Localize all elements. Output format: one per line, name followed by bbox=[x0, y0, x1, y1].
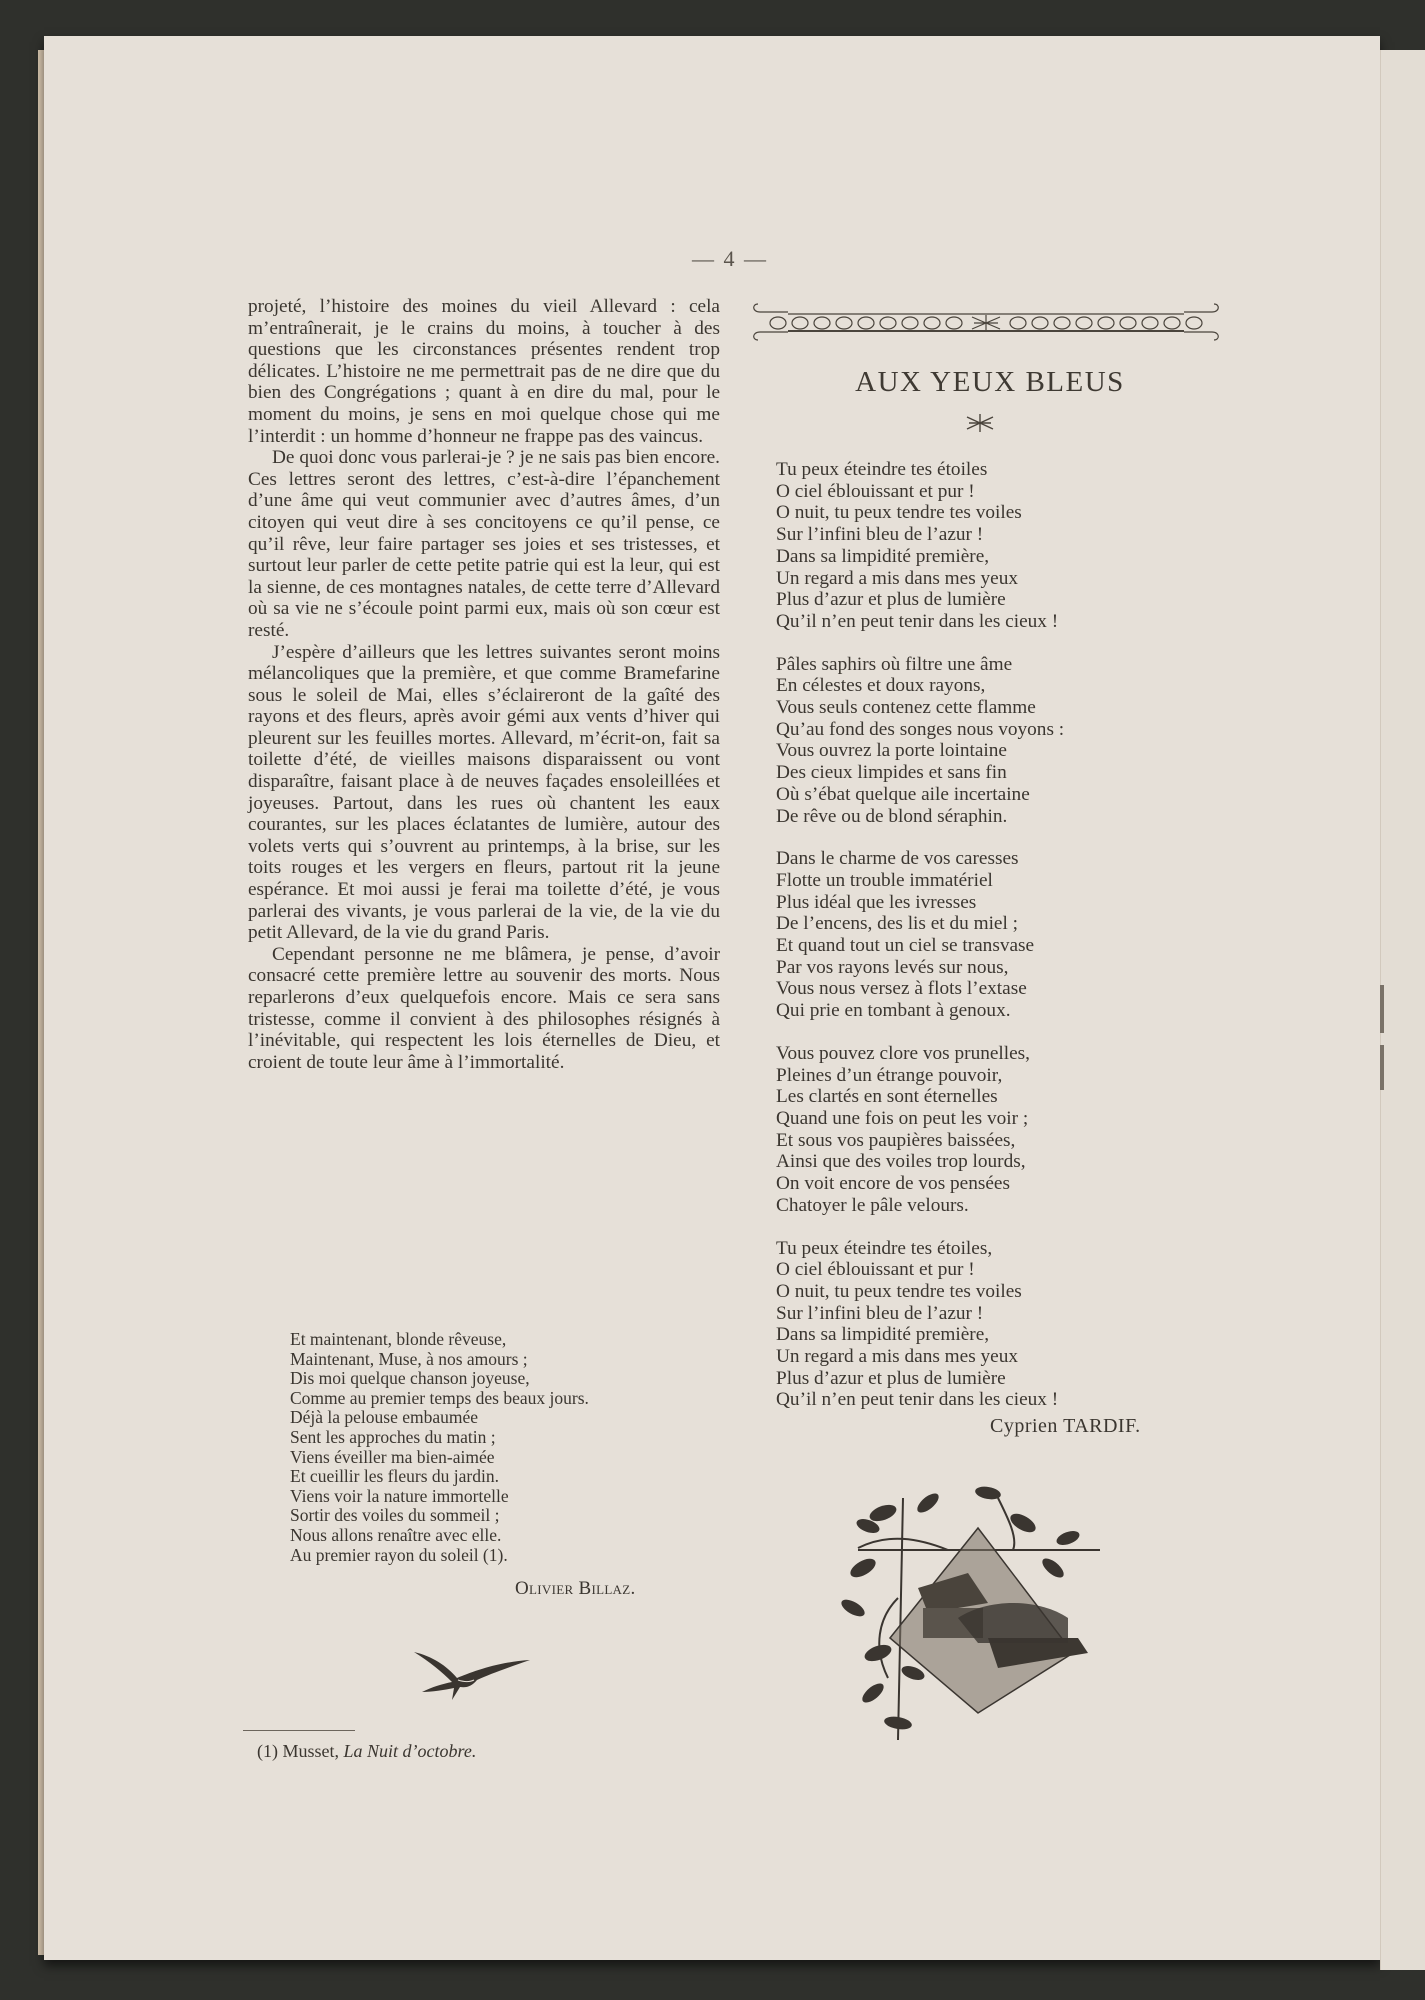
verse-line: Tu peux éteindre tes étoiles, bbox=[776, 1238, 1196, 1260]
verse-line: Viens voir la nature immortelle bbox=[290, 1487, 710, 1507]
verse-line: Plus idéal que les ivresses bbox=[776, 892, 1196, 914]
swallow-bird-icon bbox=[412, 1640, 532, 1710]
verse-line: O ciel éblouissant et pur ! bbox=[776, 481, 1196, 503]
stanza: Pâles saphirs où filtre une âme En céles… bbox=[776, 654, 1196, 828]
stanza: Tu peux éteindre tes étoiles O ciel éblo… bbox=[776, 459, 1196, 633]
verse-line: Comme au premier temps des beaux jours. bbox=[290, 1389, 710, 1409]
verse-line: Et sous vos paupières baissées, bbox=[776, 1130, 1196, 1152]
stanza: Vous pouvez clore vos prunelles, Pleines… bbox=[776, 1043, 1196, 1217]
verse-line: Quand une fois on peut les voir ; bbox=[776, 1108, 1196, 1130]
asterism-icon bbox=[965, 413, 995, 433]
verse-line: Dans sa limpidité première, bbox=[776, 546, 1196, 568]
verse-line: Dans le charme de vos caresses bbox=[776, 848, 1196, 870]
verse-line: Par vos rayons levés sur nous, bbox=[776, 957, 1196, 979]
staple-bottom bbox=[1380, 1045, 1384, 1090]
verse-line: Un regard a mis dans mes yeux bbox=[776, 568, 1196, 590]
staple-top bbox=[1380, 985, 1384, 1033]
stanza: Tu peux éteindre tes étoiles, O ciel ébl… bbox=[776, 1238, 1196, 1412]
verse-line: On voit encore de vos pensées bbox=[776, 1173, 1196, 1195]
poem-title: AUX YEUX BLEUS bbox=[760, 366, 1220, 399]
verse-line: Maintenant, Muse, à nos amours ; bbox=[290, 1350, 710, 1370]
verse-line: Ainsi que des voiles trop lourds, bbox=[776, 1151, 1196, 1173]
verse-line: De l’encens, des lis et du miel ; bbox=[776, 913, 1196, 935]
verse-line: Qui prie en tombant à genoux. bbox=[776, 1000, 1196, 1022]
verse-line: Dans sa limpidité première, bbox=[776, 1324, 1196, 1346]
verse-line: Chatoyer le pâle velours. bbox=[776, 1195, 1196, 1217]
paragraph: J’espère d’ailleurs que les lettres suiv… bbox=[248, 642, 720, 944]
verse-line: Plus d’azur et plus de lumière bbox=[776, 1368, 1196, 1390]
verse-line: Tu peux éteindre tes étoiles bbox=[776, 459, 1196, 481]
footnote-title: La Nuit d’octobre. bbox=[344, 1741, 477, 1761]
verse-line: Et maintenant, blonde rêveuse, bbox=[290, 1330, 710, 1350]
verse-line: Sortir des voiles du sommeil ; bbox=[290, 1506, 710, 1526]
verse-line: Vous ouvrez la porte lointaine bbox=[776, 740, 1196, 762]
paragraph: projeté, l’histoire des moines du vieil … bbox=[248, 296, 720, 447]
verse-line: Dis moi quelque chanson joyeuse, bbox=[290, 1369, 710, 1389]
verse-line: De rêve ou de blond séraphin. bbox=[776, 806, 1196, 828]
verse-line: Sur l’infini bleu de l’azur ! bbox=[776, 1303, 1196, 1325]
footnote: (1) Musset, La Nuit d’octobre. bbox=[257, 1741, 476, 1762]
paragraph: De quoi donc vous parlerai-je ? je ne sa… bbox=[248, 447, 720, 641]
verse-line: Qu’il n’en peut tenir dans les cieux ! bbox=[776, 611, 1196, 633]
verse-line: Viens éveiller ma bien-aimée bbox=[290, 1448, 710, 1468]
verse-line: Les clartés en sont éternelles bbox=[776, 1086, 1196, 1108]
page-number: — 4 — bbox=[690, 246, 770, 272]
verse-line: Sur l’infini bleu de l’azur ! bbox=[776, 524, 1196, 546]
author-signature-right: Cyprien TARDIF. bbox=[990, 1415, 1141, 1438]
left-column-text: projeté, l’histoire des moines du vieil … bbox=[248, 296, 720, 1073]
cottage-vignette-icon bbox=[838, 1478, 1100, 1740]
poem-body: Tu peux éteindre tes étoiles O ciel éblo… bbox=[776, 459, 1196, 1432]
verse-line: Vous pouvez clore vos prunelles, bbox=[776, 1043, 1196, 1065]
verse-line: En célestes et doux rayons, bbox=[776, 675, 1196, 697]
paragraph: Cependant personne ne me blâmera, je pen… bbox=[248, 944, 720, 1074]
verse-line: Pâles saphirs où filtre une âme bbox=[776, 654, 1196, 676]
verse-line: Au premier rayon du soleil (1). bbox=[290, 1546, 710, 1566]
author-signature-left: Olivier Billaz. bbox=[515, 1578, 636, 1600]
verse-line: Et cueillir les fleurs du jardin. bbox=[290, 1467, 710, 1487]
verse-line: Nous allons renaître avec elle. bbox=[290, 1526, 710, 1546]
footnote-marker: (1) Musset, bbox=[257, 1741, 339, 1761]
stanza: Dans le charme de vos caresses Flotte un… bbox=[776, 848, 1196, 1022]
verse-line: Vous nous versez à flots l’extase bbox=[776, 978, 1196, 1000]
verse-line: Qu’au fond des songes nous voyons : bbox=[776, 719, 1196, 741]
verse-line: Flotte un trouble immatériel bbox=[776, 870, 1196, 892]
verse-line: Où s’ébat quelque aile incertaine bbox=[776, 784, 1196, 806]
verse-line: Pleines d’un étrange pouvoir, bbox=[776, 1065, 1196, 1087]
quoted-verse: Et maintenant, blonde rêveuse, Maintenan… bbox=[290, 1330, 710, 1565]
decorative-border-ornament bbox=[748, 298, 1224, 346]
verse-line: Des cieux limpides et sans fin bbox=[776, 762, 1196, 784]
verse-line: Qu’il n’en peut tenir dans les cieux ! bbox=[776, 1389, 1196, 1411]
verse-line: Sent les approches du matin ; bbox=[290, 1428, 710, 1448]
verse-line: O ciel éblouissant et pur ! bbox=[776, 1259, 1196, 1281]
verse-line: Déjà la pelouse embaumée bbox=[290, 1408, 710, 1428]
verse-line: Et quand tout un ciel se transvase bbox=[776, 935, 1196, 957]
verse-line: Un regard a mis dans mes yeux bbox=[776, 1346, 1196, 1368]
verse-line: Vous seuls contenez cette flamme bbox=[776, 697, 1196, 719]
verse-line: Plus d’azur et plus de lumière bbox=[776, 589, 1196, 611]
verse-line: O nuit, tu peux tendre tes voiles bbox=[776, 502, 1196, 524]
next-page-edge bbox=[1380, 50, 1425, 1970]
verse-line: O nuit, tu peux tendre tes voiles bbox=[776, 1281, 1196, 1303]
footnote-rule bbox=[243, 1730, 355, 1731]
